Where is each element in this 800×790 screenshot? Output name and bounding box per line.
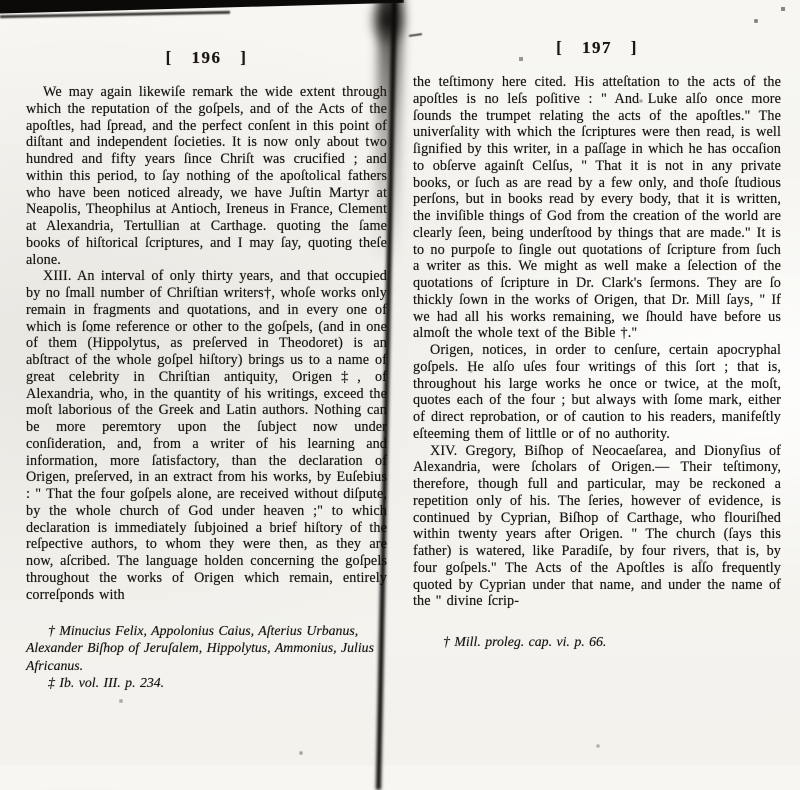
book-gutter-top-blob [367,0,409,48]
scan-top-edge-stroke [0,11,230,18]
paragraph-xiv: XIV. Gregory, Biſhop of Neocaeſarea, and… [413,443,781,611]
footnote-dagger-writers: † Minucius Felix, Appolonius Caius, Aſte… [26,622,387,674]
paragraph-we-may-again: We may again likewiſe remark the wide ex… [26,84,387,268]
page-196-body: We may again likewiſe remark the wide ex… [26,84,387,603]
page-196: [ 196 ] We may again likewiſe remark the… [26,48,387,691]
footnote-mill-proleg: † Mill. proleg. cap. vi. p. 66. [413,633,781,650]
page-number-right: [ 197 ] [413,38,781,58]
paragraph-xiii: XIII. An interval of only thirty years, … [26,268,387,603]
ink-dash-mark [409,33,422,37]
book-scan: [ 196 ] We may again likewiſe remark the… [0,0,800,765]
page-number-left: [ 196 ] [26,48,387,68]
paper-speckles [0,0,2,2]
paragraph-origen-notices: Origen, notices, in order to cenſure, ce… [413,342,781,443]
paragraph-testimony-continued: the teſtimony here cited. His atteſtatio… [413,74,781,342]
page-197-footnotes: † Mill. proleg. cap. vi. p. 66. [413,633,781,650]
footnote-double-dagger-ib-vol: ‡ Ib. vol. III. p. 234. [26,674,387,691]
page-196-footnotes: † Minucius Felix, Appolonius Caius, Aſte… [26,622,387,691]
scan-top-edge [0,0,404,16]
page-197: [ 197 ] the teſtimony here cited. His at… [413,38,781,650]
page-197-body: the teſtimony here cited. His atteſtatio… [413,74,781,610]
